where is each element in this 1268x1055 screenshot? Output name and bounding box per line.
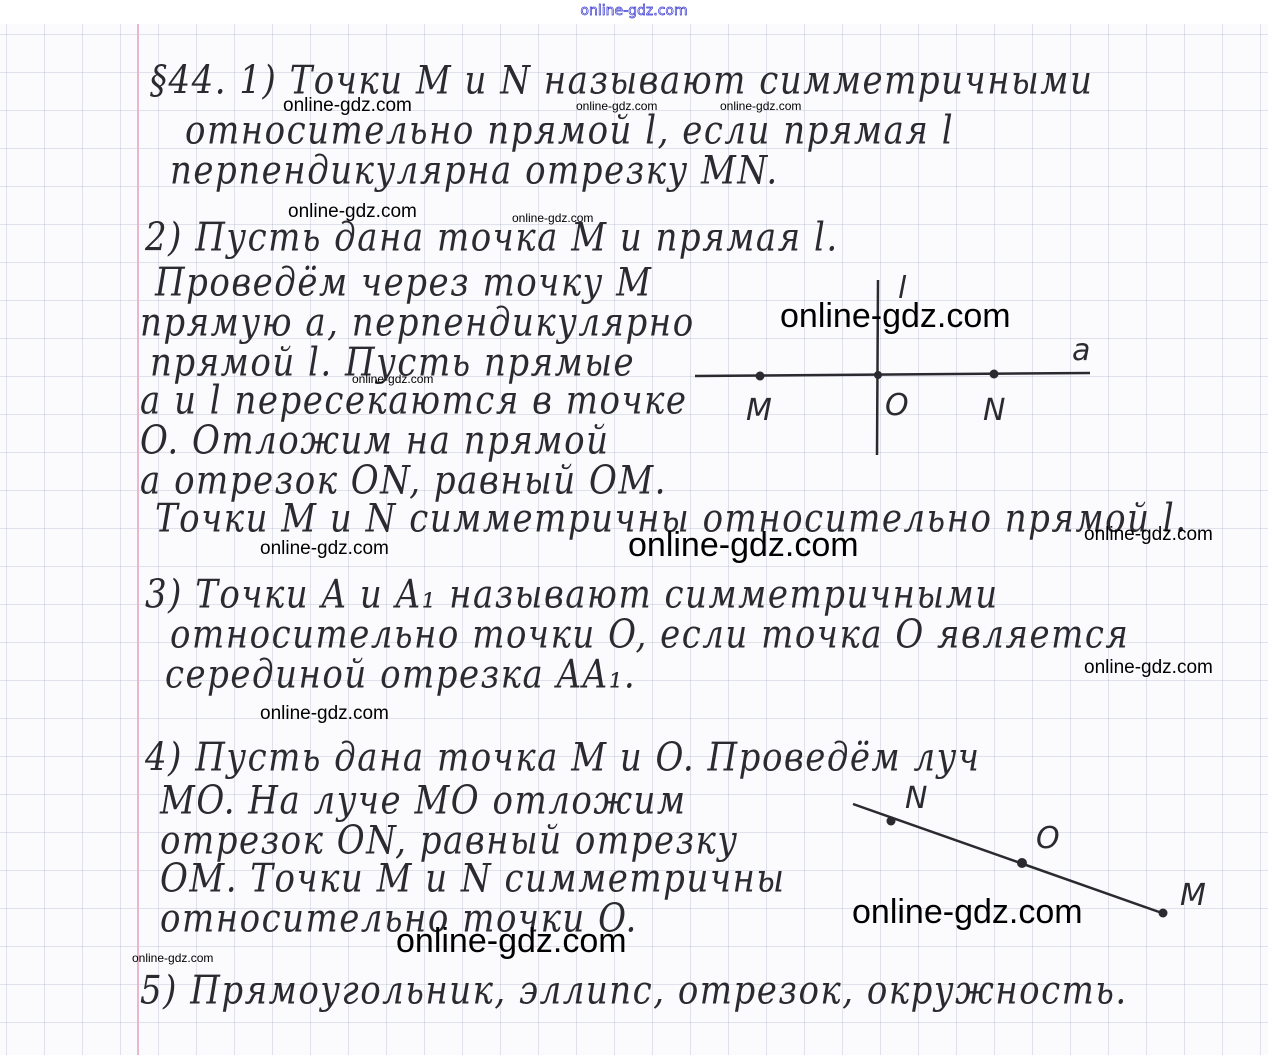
section-5-line-1: 5) Прямоугольник, эллипс, отрезок, окруж… (140, 968, 1128, 1014)
watermark: online-gdz.com (576, 99, 657, 113)
section-2-line-1: 2) Пусть дана точка M и прямая l. (145, 215, 839, 261)
watermark: online-gdz.com (780, 297, 1011, 336)
watermark: online-gdz.com (1084, 657, 1213, 679)
watermark: online-gdz.com (852, 893, 1083, 932)
watermark: online-gdz.com (283, 95, 412, 117)
line-a-label: a (1072, 333, 1090, 368)
watermark: online-gdz.com (396, 922, 627, 961)
site-banner[interactable]: online-gdz.com (0, 0, 1268, 24)
watermark: online-gdz.com (1084, 524, 1213, 546)
point-m-label-4: M (1180, 878, 1206, 913)
watermark: online-gdz.com (628, 526, 859, 565)
watermark: online-gdz.com (260, 703, 389, 725)
point-n-label: N (983, 393, 1005, 428)
section-1-line-3: перпендикулярна отрезку MN. (170, 148, 779, 194)
point-o-label: O (885, 388, 909, 423)
watermark: online-gdz.com (288, 201, 417, 223)
watermark: online-gdz.com (260, 538, 389, 560)
watermark: online-gdz.com (512, 211, 593, 225)
point-n-label-4: N (905, 781, 927, 816)
watermark: online-gdz.com (352, 372, 433, 386)
margin-line (137, 24, 139, 1055)
point-o-label-4: O (1036, 821, 1060, 856)
watermark: online-gdz.com (132, 951, 213, 965)
watermark: online-gdz.com (720, 99, 801, 113)
point-m-label: M (746, 393, 772, 428)
section-3-line-3: серединой отрезка AA₁. (165, 652, 636, 698)
perpendicular-symmetry-diagram: l a M O N (690, 260, 1110, 460)
